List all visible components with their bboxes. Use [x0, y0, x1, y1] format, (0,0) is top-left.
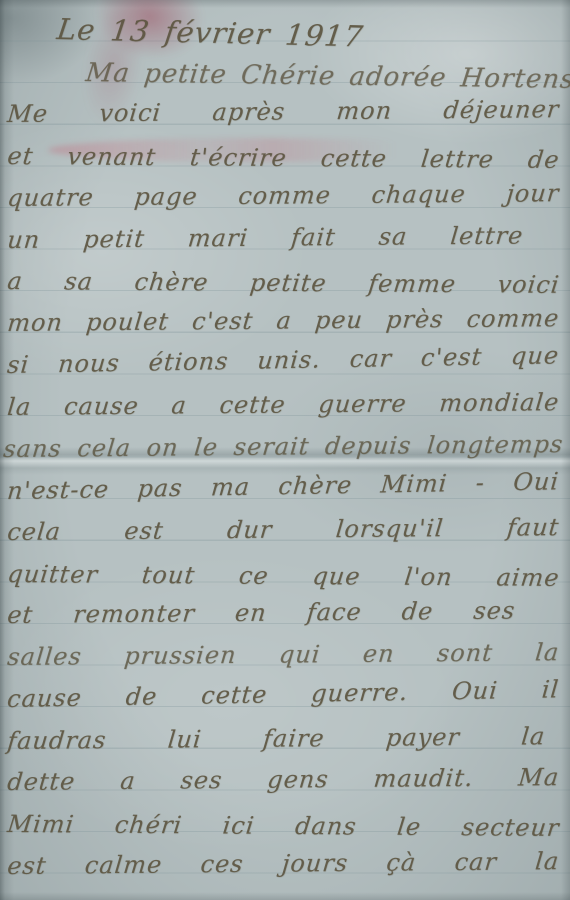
- letter-line: quitter tout ce que l'on aime: [6, 560, 561, 592]
- letter-line: et venant t'écrire cette lettre de: [6, 142, 561, 174]
- letter-line: Mimi chéri ici dans le secteur: [6, 810, 561, 842]
- letter-line: a sa chère petite femme voici: [6, 267, 561, 299]
- letter-line: Me voici après mon déjeuner: [6, 95, 561, 128]
- letter-line: un petit mari fait sa lettre: [6, 221, 525, 254]
- letter-line: quatre page comme chaque jour: [6, 179, 561, 212]
- letter-date: Le 13 février 1917: [55, 12, 394, 54]
- letter-salutation: Ma petite Chérie adorée Hortense: [84, 58, 566, 95]
- letter-line: faudras lui faire payer la: [6, 722, 547, 755]
- letter-line: dette a ses gens maudit. Ma: [6, 763, 561, 796]
- letter-line: n'est-ce pas ma chère Mimi - Oui: [6, 467, 560, 505]
- letter-line: est calme ces jours çà car la: [6, 847, 561, 880]
- letter-line: cela est dur lorsqu'il faut: [6, 513, 561, 546]
- letter-line: et remonter en face de ses: [6, 597, 517, 629]
- letter-line: si nous étions unis. car c'est que: [6, 341, 560, 379]
- letter-page: Le 13 février 1917 Ma petite Chérie ador…: [0, 0, 570, 900]
- letter-line: mon poulet c'est a peu près comme: [6, 304, 561, 337]
- letter-line: salles prussien qui en sont la: [6, 638, 561, 671]
- letter-line: la cause a cette guerre mondiale: [6, 388, 561, 421]
- letter-line: sans cela on le serait depuis longtemps: [2, 430, 565, 463]
- letter-line: cause de cette guerre. Oui il: [6, 675, 560, 713]
